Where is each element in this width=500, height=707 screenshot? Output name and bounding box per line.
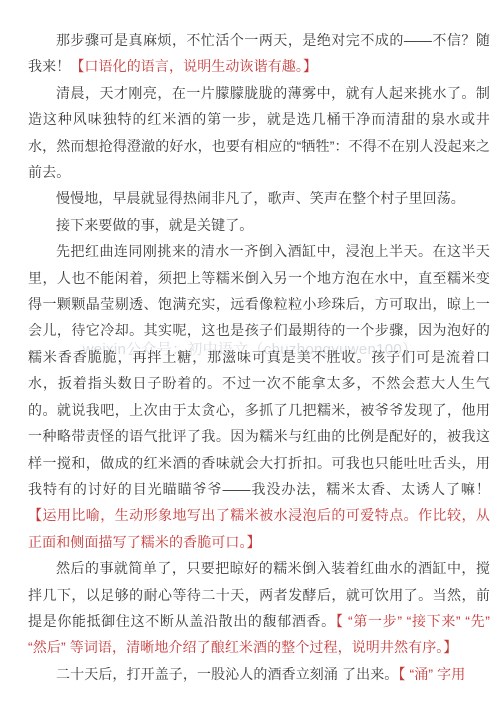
- body-text: 慢慢地，早晨就显得热闹非凡了，歌声、笑声在整个村子里回荡。: [56, 190, 465, 206]
- annotation-text: 【运用比喻，生动形象地写出了糯米被水浸泡后的可爱特点。作比较，从正面和侧面描写了…: [28, 507, 490, 549]
- body-text: 清晨，天才刚亮，在一片朦朦胧胧的薄雾中，就有人起来挑水了。制造这种风味独特的红米…: [28, 85, 490, 180]
- body-text: 接下来要做的事，就是关键了。: [56, 217, 253, 233]
- paragraph: 慢慢地，早晨就显得热闹非凡了，歌声、笑声在整个村子里回荡。: [28, 185, 490, 211]
- annotation-text: 【 “涌” 字用: [398, 666, 465, 682]
- annotation-text: 【口语化的语言，说明生动诙谐有趣。】: [70, 58, 317, 74]
- document-page: weixin公众号：初中语文（chuzhongyuwen100） 那步骤可是真麻…: [0, 0, 500, 707]
- paragraph: 接下来要做的事，就是关键了。: [28, 212, 490, 238]
- document-body: 那步骤可是真麻烦，不忙活个一两天，是绝对完不成的——不信？随我来！【口语化的语言…: [28, 27, 490, 687]
- paragraph: 二十天后，打开盖子，一股沁人的酒香立刻涌 了出来。【 “涌” 字用: [28, 661, 490, 687]
- paragraph: 那步骤可是真麻烦，不忙活个一两天，是绝对完不成的——不信？随我来！【口语化的语言…: [28, 27, 490, 80]
- body-text: 先把红曲连同刚挑来的清水一齐倒入酒缸中，浸泡上半天。在这半天里，人也不能闲着，须…: [28, 243, 490, 497]
- paragraph: 清晨，天才刚亮，在一片朦朦胧胧的薄雾中，就有人起来挑水了。制造这种风味独特的红米…: [28, 80, 490, 186]
- paragraph: 先把红曲连同刚挑来的清水一齐倒入酒缸中，浸泡上半天。在这半天里，人也不能闲着，须…: [28, 238, 490, 555]
- body-text: 二十天后，打开盖子，一股沁人的酒香立刻涌 了出来。: [56, 666, 398, 682]
- paragraph: 然后的事就简单了，只要把晾好的糯米倒入装着红曲水的酒缸中，搅拌几下，以足够的耐心…: [28, 555, 490, 661]
